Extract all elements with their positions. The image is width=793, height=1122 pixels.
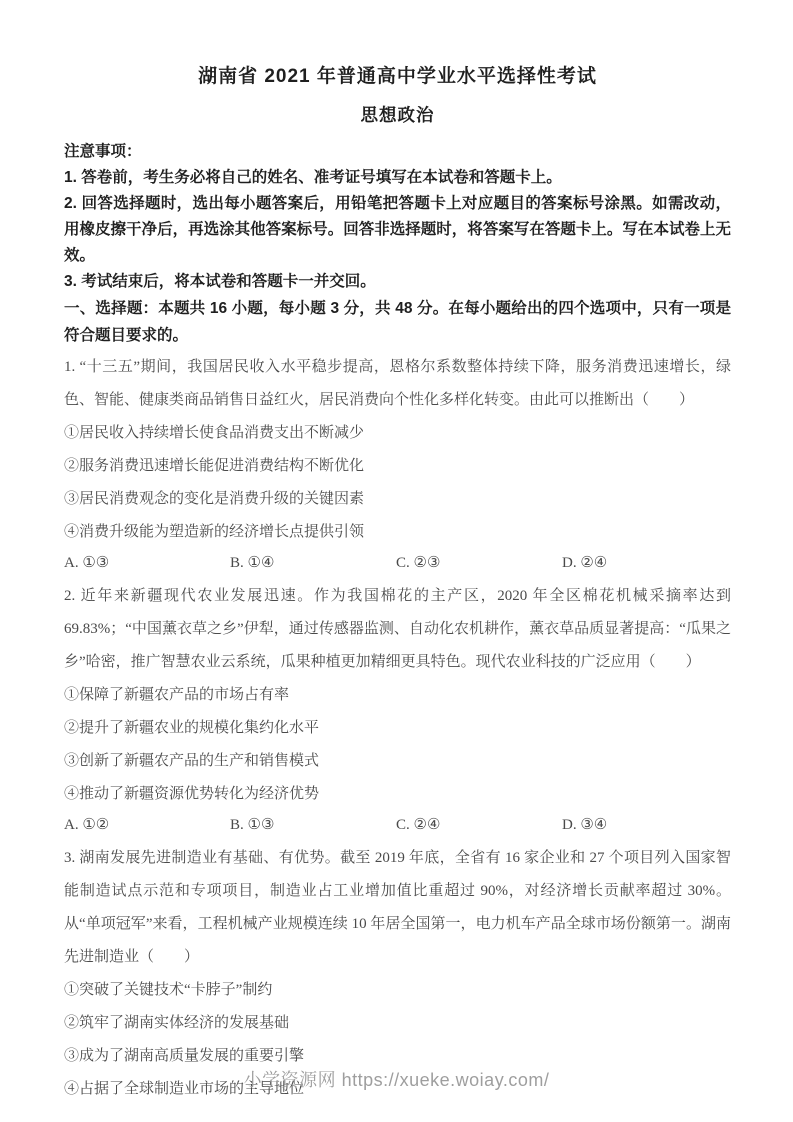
- question-1-stem: 1. “十三五”期间，我国居民收入水平稳步提高，恩格尔系数整体持续下降，服务消费…: [64, 351, 731, 417]
- question-2-statement-2: ②提升了新疆农业的规模化集约化水平: [64, 712, 731, 745]
- question-1: 1. “十三五”期间，我国居民收入水平稳步提高，恩格尔系数整体持续下降，服务消费…: [64, 351, 731, 578]
- question-1-choices: A. ①③ B. ①④ C. ②③ D. ②④: [64, 549, 731, 578]
- question-3-stem: 3. 湖南发展先进制造业有基础、有优势。截至 2019 年底，全省有 16 家企…: [64, 842, 731, 974]
- question-2-choice-c: C. ②④: [396, 811, 562, 840]
- exam-document-page: 湖南省 2021 年普通高中学业水平选择性考试 思想政治 注意事项： 1. 答卷…: [0, 0, 793, 1122]
- notice-item-2: 2. 回答选择题时，选出每小题答案后，用铅笔把答题卡上对应题目的答案标号涂黑。如…: [64, 191, 731, 269]
- question-1-choice-d: D. ②④: [562, 549, 728, 578]
- section-heading: 一、选择题：本题共 16 小题，每小题 3 分，共 48 分。在每小题给出的四个…: [64, 295, 731, 349]
- notice-section: 注意事项： 1. 答卷前，考生务必将自己的姓名、准考证号填写在本试卷和答题卡上。…: [64, 139, 731, 295]
- question-1-statement-3: ③居民消费观念的变化是消费升级的关键因素: [64, 483, 731, 516]
- question-1-statement-1: ①居民收入持续增长使食品消费支出不断减少: [64, 417, 731, 450]
- question-2-statement-4: ④推动了新疆资源优势转化为经济优势: [64, 778, 731, 811]
- footer-watermark: 小学资源网 https://xueke.woiay.com/: [0, 1066, 793, 1092]
- question-3-statement-2: ②筑牢了湖南实体经济的发展基础: [64, 1007, 731, 1040]
- question-3-statement-1: ①突破了关键技术“卡脖子”制约: [64, 974, 731, 1007]
- question-1-choice-c: C. ②③: [396, 549, 562, 578]
- page-subtitle: 思想政治: [64, 103, 731, 127]
- page-title: 湖南省 2021 年普通高中学业水平选择性考试: [64, 64, 731, 90]
- question-2-choices: A. ①② B. ①③ C. ②④ D. ③④: [64, 811, 731, 840]
- question-2: 2. 近年来新疆现代农业发展迅速。作为我国棉花的主产区，2020 年全区棉花机械…: [64, 580, 731, 840]
- question-2-choice-a: A. ①②: [64, 811, 230, 840]
- question-1-choice-b: B. ①④: [230, 549, 396, 578]
- question-1-choice-a: A. ①③: [64, 549, 230, 578]
- question-2-statement-3: ③创新了新疆农产品的生产和销售模式: [64, 745, 731, 778]
- question-2-choice-d: D. ③④: [562, 811, 728, 840]
- question-2-choice-b: B. ①③: [230, 811, 396, 840]
- question-2-statement-1: ①保障了新疆农产品的市场占有率: [64, 679, 731, 712]
- question-2-stem: 2. 近年来新疆现代农业发展迅速。作为我国棉花的主产区，2020 年全区棉花机械…: [64, 580, 731, 679]
- question-1-statement-2: ②服务消费迅速增长能促进消费结构不断优化: [64, 450, 731, 483]
- question-1-statement-4: ④消费升级能为塑造新的经济增长点提供引领: [64, 516, 731, 549]
- notice-item-1: 1. 答卷前，考生务必将自己的姓名、准考证号填写在本试卷和答题卡上。: [64, 165, 731, 191]
- notice-item-3: 3. 考试结束后，将本试卷和答题卡一并交回。: [64, 269, 731, 295]
- notice-heading: 注意事项：: [64, 139, 731, 165]
